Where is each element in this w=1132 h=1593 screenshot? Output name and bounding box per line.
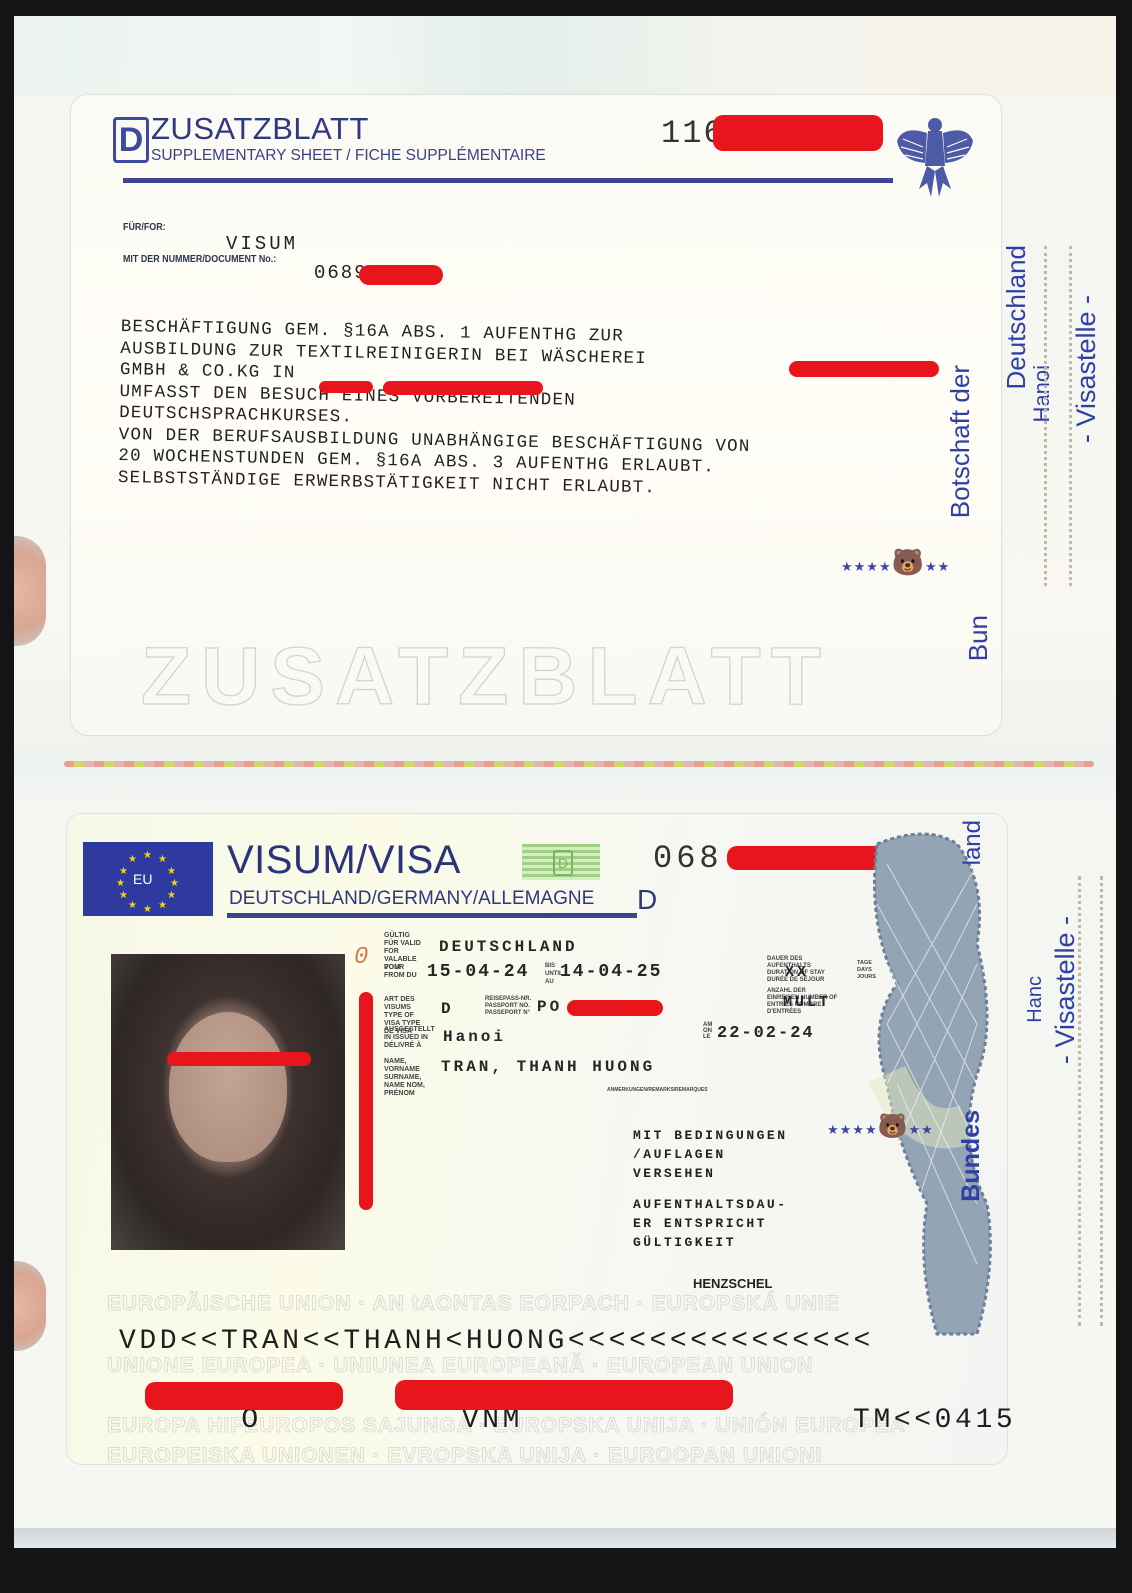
visa-type-value: D bbox=[441, 1000, 454, 1018]
holder-face bbox=[169, 1012, 287, 1162]
remarks-line: VERSEHEN bbox=[633, 1164, 788, 1183]
sheet-title: ZUSATZBLATT bbox=[151, 111, 369, 147]
visa-remarks: MIT BEDINGUNGEN /AUFLAGEN VERSEHEN AUFEN… bbox=[633, 1126, 788, 1252]
from-label: VOM FROM DU bbox=[384, 964, 418, 980]
hologram-letter: D bbox=[553, 850, 573, 876]
valid-for-value: DEUTSCHLAND bbox=[439, 938, 578, 956]
passport-page-bottom-edge bbox=[14, 1528, 1116, 1548]
remarks-line: AUFENTHALTSDAU- bbox=[633, 1195, 788, 1214]
passport-number-label: REISEPASS-NR. PASSPORT No. PASSEPORT N° bbox=[485, 996, 535, 1017]
eu-label: EU bbox=[133, 871, 152, 887]
name-label: NAME, VORNAME SURNAME, NAME NOM, PRÉNOM bbox=[384, 1058, 434, 1098]
passport-page-photo: D ZUSATZBLATT SUPPLEMENTARY SHEET / FICH… bbox=[14, 16, 1116, 1548]
sheet-watermark: ZUSATZBLATT bbox=[141, 630, 831, 724]
name-value: TRAN, THANH HUONG bbox=[441, 1058, 655, 1076]
finger-bottom bbox=[14, 1261, 46, 1351]
issuing-officer-signature: HENZSCHEL bbox=[693, 1276, 772, 1291]
mrz-line-2-end: TM<<0415 bbox=[853, 1405, 1016, 1436]
redaction-document-number bbox=[359, 265, 443, 285]
remarks-line: /AUFLAGEN bbox=[633, 1145, 788, 1164]
passport-number-value: PO bbox=[537, 998, 562, 1016]
redaction-serial bbox=[713, 115, 883, 151]
security-guilloche bbox=[857, 824, 997, 1344]
document-number-label: MIT DER NUMMER/DOCUMENT No.: bbox=[123, 253, 276, 265]
from-value: 15-04-24 bbox=[427, 962, 529, 982]
issued-in-label: AUSGESTELLT IN ISSUED IN DÉLIVRÉ À bbox=[384, 1026, 428, 1050]
stamp-dots bbox=[1044, 246, 1051, 586]
until-value: 14-04-25 bbox=[560, 962, 662, 982]
entries-value: MULT bbox=[783, 994, 831, 1011]
visa-country-line: DEUTSCHLAND/GERMANY/ALLEMAGNE bbox=[229, 888, 594, 910]
stamp-dots bbox=[1100, 876, 1107, 1326]
embassy-stamp-line1: Botschaft der bbox=[945, 365, 976, 518]
binding-thread bbox=[64, 761, 1094, 767]
remarks-label: ANMERKUNGEN/REMARKS/REMARQUES bbox=[607, 1086, 708, 1094]
redaction-location-a bbox=[319, 381, 373, 393]
redaction-vertical bbox=[359, 992, 373, 1210]
visa-sticker: ★ ★ ★ ★ ★ ★ ★ ★ ★ ★ ★ ★ EU VISUM/VISA DE… bbox=[66, 813, 1008, 1465]
holder-photo bbox=[111, 954, 345, 1250]
visa-title: VISUM/VISA bbox=[227, 838, 461, 883]
remarks-line: MIT BEDINGUNGEN bbox=[633, 1126, 788, 1145]
eu-languages-line: EUROPÄISCHE UNION · AN tAONTAS EORPACH ·… bbox=[107, 1292, 1007, 1316]
visa-stamp-city: Hanc bbox=[1024, 976, 1047, 1023]
issued-in-value: Hanoi bbox=[443, 1028, 506, 1046]
federal-eagle-icon bbox=[893, 111, 977, 201]
duration-value: XX bbox=[785, 964, 809, 981]
remarks-line: GÜLTIGKEIT bbox=[633, 1233, 788, 1252]
mrz-line-1: VDD<<TRAN<<THANH<HUONG<<<<<<<<<<<<<<< bbox=[119, 1326, 874, 1357]
issued-on-value: 22-02-24 bbox=[717, 1024, 815, 1043]
duration-unit-label: TAGE DAYS JOURS bbox=[857, 960, 877, 981]
microprint-rule bbox=[123, 178, 893, 183]
microprint-rule bbox=[227, 913, 637, 918]
for-value: VISUM bbox=[226, 233, 298, 255]
issued-on-label: AM ON LE bbox=[703, 1022, 715, 1040]
berlin-bear-icon: ★★★★🐻★★ bbox=[841, 547, 950, 578]
redaction-eyes bbox=[167, 1052, 311, 1066]
eu-flag-icon: ★ ★ ★ ★ ★ ★ ★ ★ ★ ★ ★ ★ EU bbox=[83, 842, 213, 916]
hologram-d-icon: D bbox=[522, 844, 600, 880]
embassy-stamp-line2: Deutschland bbox=[1001, 245, 1032, 390]
finger-top bbox=[14, 536, 46, 646]
passport-page-top bbox=[14, 16, 1116, 96]
remarks-line: ER ENTSPRICHT bbox=[633, 1214, 788, 1233]
visa-stamp-visastelle: - Visastelle - bbox=[1050, 916, 1081, 1064]
visa-stamp-bund: Bundes bbox=[957, 1110, 986, 1202]
until-label: BIS UNTIL AU bbox=[545, 962, 561, 986]
stamp-dots bbox=[1078, 876, 1085, 1326]
visa-stamp-top: land bbox=[959, 820, 987, 865]
sheet-remarks-text: BESCHÄFTIGUNG GEM. §16A ABS. 1 AUFENTHG … bbox=[118, 317, 921, 504]
embassy-stamp-line1b: Bun bbox=[963, 615, 994, 661]
for-label: FÜR/FOR: bbox=[123, 221, 166, 233]
stamp-dots bbox=[1069, 246, 1076, 586]
country-letter-badge: D bbox=[113, 117, 149, 163]
supplementary-sheet: D ZUSATZBLATT SUPPLEMENTARY SHEET / FICH… bbox=[70, 94, 1002, 736]
visa-country-code: D bbox=[637, 884, 657, 916]
redaction-mrz-b bbox=[395, 1380, 733, 1410]
redaction-location-b bbox=[383, 381, 543, 395]
redaction-passport-number bbox=[567, 1000, 663, 1016]
berlin-bear-icon: ★★★★🐻★★ bbox=[827, 1112, 934, 1141]
redaction-mrz-a bbox=[145, 1382, 343, 1410]
sheet-subtitle: SUPPLEMENTARY SHEET / FICHE SUPPLÉMENTAI… bbox=[151, 147, 546, 165]
handwritten-mark: 0 bbox=[354, 944, 368, 971]
redaction-employer-name bbox=[789, 361, 939, 377]
remarks-line bbox=[633, 1183, 788, 1195]
embassy-stamp-line3: Hanoi bbox=[1029, 365, 1055, 422]
visa-number: 068 bbox=[653, 840, 723, 877]
